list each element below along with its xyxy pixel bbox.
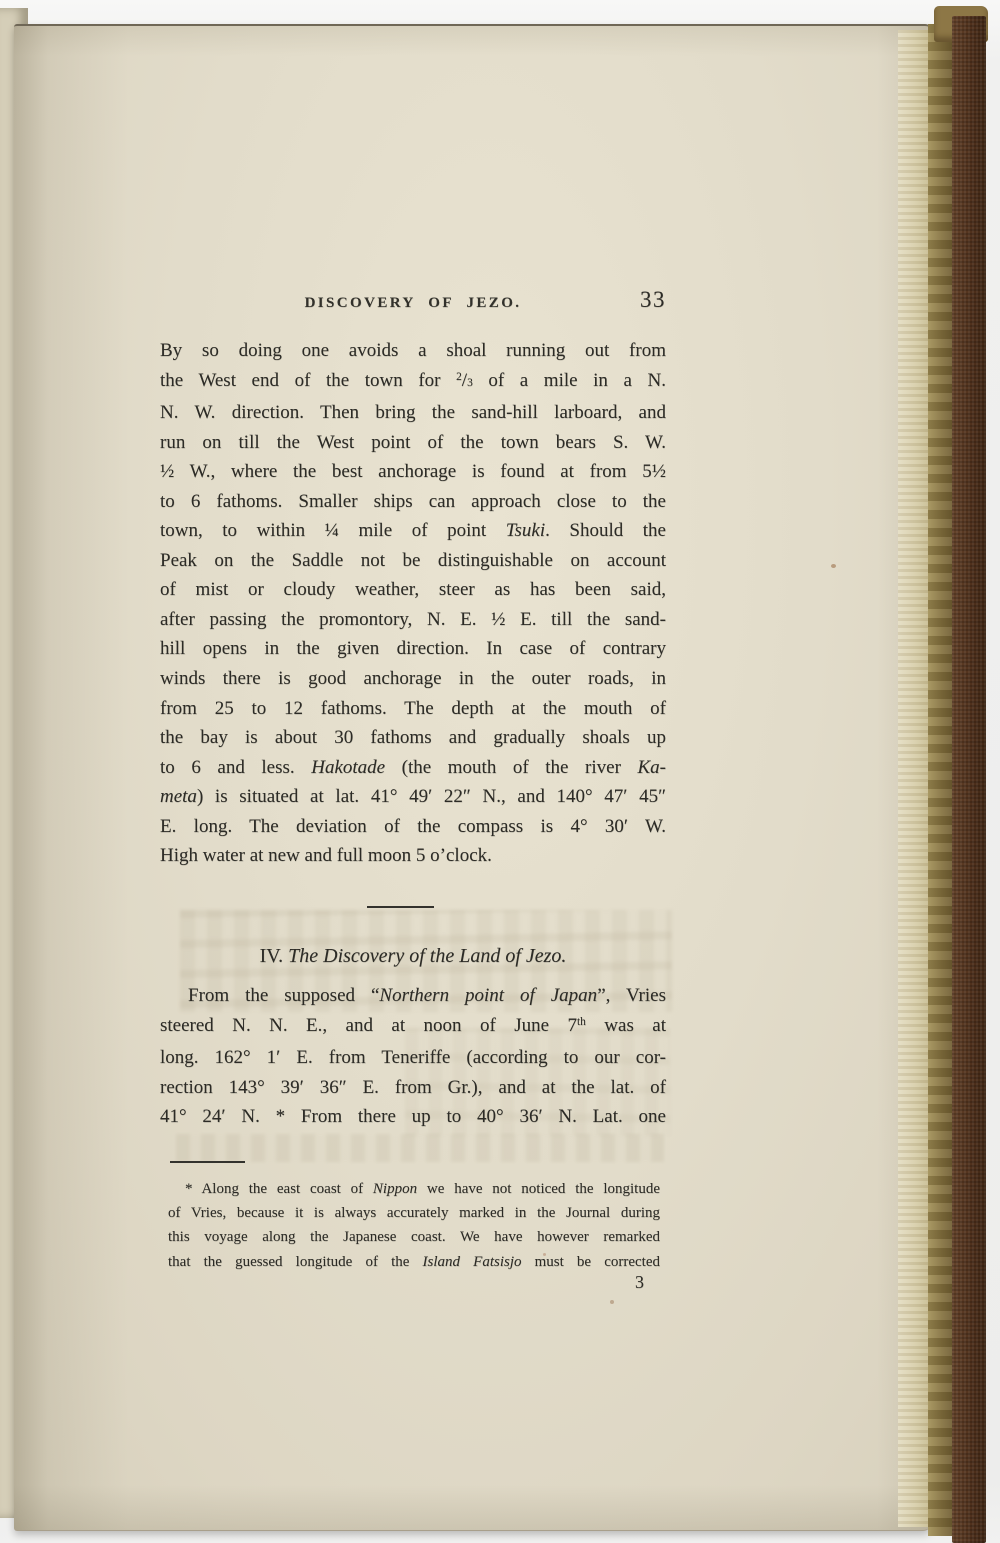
text-line: High water at new and full moon 5 o’cloc… [160,841,666,871]
text-line: * Along the east coast of Nippon we have… [168,1177,660,1201]
text-line: after passing the promontory, N. E. ½ E.… [160,605,666,635]
text-line: ½ W., where the best anchorage is found … [160,457,666,487]
text-line: town, to within ¼ mile of point Tsuki. S… [160,516,666,546]
section-heading: IV.The Discovery of the Land of Jezo. [160,941,666,971]
section-divider-rule [367,906,434,908]
text-line: By so doing one avoids a shoal running o… [160,336,666,366]
text-line: of Vries, because it is always accuratel… [168,1201,660,1225]
page-number: 33 [640,287,666,313]
printed-content: DISCOVERY OF JEZO. 33 By so doing one av… [0,0,1000,1543]
text-line: to 6 and less. Hakotade (the mouth of th… [160,753,666,783]
text-line: rection 143° 39′ 36″ E. from Gr.), and a… [160,1073,666,1103]
text-line: to 6 fathoms. Smaller ships can approach… [160,487,666,517]
text-line: E. long. The deviation of the compass is… [160,812,666,842]
text-line: this voyage along the Japanese coast. We… [168,1225,660,1249]
paragraph-sailing-directions: By so doing one avoids a shoal running o… [160,336,666,871]
text-line: winds there is good anchorage in the out… [160,664,666,694]
text-line: From the supposed “Northern point of Jap… [160,981,666,1011]
text-line: Peak on the Saddle not be distinguishabl… [160,546,666,576]
text-line: from 25 to 12 fathoms. The depth at the … [160,694,666,724]
book-photo: DISCOVERY OF JEZO. 33 By so doing one av… [0,0,1000,1543]
text-line: hill opens in the given direction. In ca… [160,634,666,664]
text-line: steered N. N. E., and at noon of June 7t… [160,1011,666,1044]
running-header-title: DISCOVERY OF JEZO. [305,295,522,311]
text-line: long. 162° 1′ E. from Teneriffe (accordi… [160,1043,666,1073]
text-line: the West end of the town for 2/3 of a mi… [160,366,666,399]
footnote-rule [170,1161,245,1163]
signature-mark: 3 [160,1272,666,1293]
section-number: IV. [260,945,284,967]
text-line: run on till the West point of the town b… [160,428,666,458]
footnote: * Along the east coast of Nippon we have… [168,1177,660,1274]
text-line: 41° 24′ N. * From there up to 40° 36′ N.… [160,1102,666,1132]
text-line: that the guessed longitude of the Island… [168,1250,660,1274]
text-line: the bay is about 30 fathoms and graduall… [160,723,666,753]
running-header: DISCOVERY OF JEZO. 33 [160,294,666,312]
section-title: The Discovery of the Land of Jezo. [283,945,566,967]
text-line: meta) is situated at lat. 41° 49′ 22″ N.… [160,782,666,812]
text-line: N. W. direction. Then bring the sand-hil… [160,398,666,428]
text-line: of mist or cloudy weather, steer as has … [160,575,666,605]
paragraph-discovery: From the supposed “Northern point of Jap… [160,981,666,1132]
